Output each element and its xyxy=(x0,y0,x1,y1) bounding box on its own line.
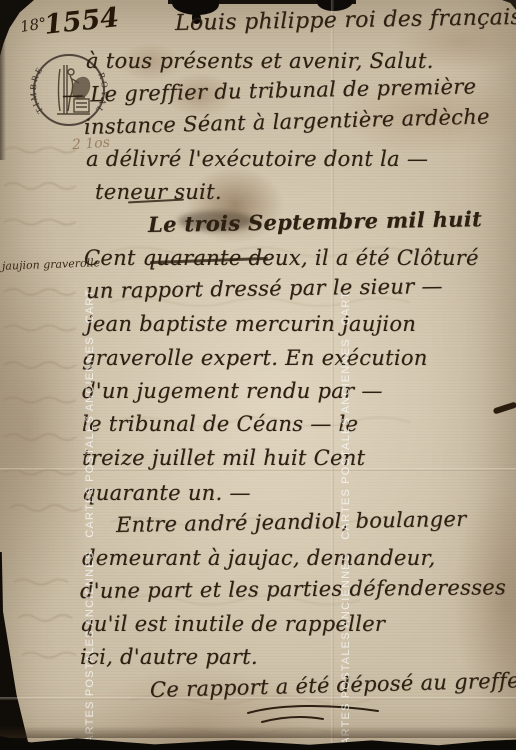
manuscript-line: le tribunal de Céans — le xyxy=(82,414,358,435)
margin-annotation: jaujion graverolle xyxy=(2,256,101,272)
manuscript-line: graverolle expert. En exécution xyxy=(82,348,428,369)
watermark-text: CARTES POSTALES ANCIENNES xyxy=(340,338,352,539)
watermark-text: CARTES POSTALES ANCIENNES xyxy=(340,292,352,325)
manuscript-line: — Le greffier du tribunal de première xyxy=(62,76,477,106)
manuscript-line: un rapport dressé par le sieur — xyxy=(86,276,443,302)
paper-bottom-shadow xyxy=(0,726,516,738)
dark-corner-bottom-left xyxy=(0,552,30,750)
manuscript-line: treize juillet mil huit Cent xyxy=(82,448,365,469)
dark-left-edge xyxy=(0,40,6,160)
watermark-text: CARTES POSTALES ANCIENNES xyxy=(84,290,96,323)
manuscript-line: Le trois Septembre mil huit xyxy=(148,208,482,235)
manuscript-line: Entre andré jeandiol, boulanger xyxy=(116,509,467,536)
manuscript-line: Louis philippe roi des français, xyxy=(175,7,516,35)
manuscript-line: d'un jugement rendu par — xyxy=(82,381,383,402)
svg-text:TIMBRE: TIMBRE xyxy=(30,64,45,116)
manuscript-line: quarante un. — xyxy=(82,483,251,504)
watermark-text: CARTES POSTALES ANCIENNES xyxy=(84,551,96,750)
manuscript-line: jean baptiste mercurin jaujion xyxy=(86,314,416,335)
manuscript-line: a délivré l'exécutoire dont la — xyxy=(86,149,428,170)
manuscript-line: Cent quarante deux, il a été Clôturé xyxy=(84,248,479,269)
watermark-text: CARTES POSTALES ANCIENNES xyxy=(340,553,352,750)
ink-edge-dash xyxy=(493,401,516,414)
manuscript-page: 18° 1554 2 1os TIMBRE ROYAL Louis philip… xyxy=(0,0,516,750)
watermark-right-column: CARTES POSTALES ANCIENNESCARTES POSTALES… xyxy=(340,292,354,750)
manuscript-line: ici, d'autre part. xyxy=(80,647,258,668)
stamp-text-timbre: TIMBRE xyxy=(30,64,45,116)
manuscript-line: instance Séant à largentière ardèche xyxy=(84,106,490,138)
manuscript-line: à tous présents et avenir, Salut. xyxy=(86,51,434,72)
watermark-left-column: CARTES POSTALES ANCIENNESCARTES POSTALES… xyxy=(84,290,98,750)
manuscript-line: demeurant à jaujac, demandeur, xyxy=(82,548,435,569)
watermark-text: CARTES POSTALES ANCIENNES xyxy=(84,336,96,537)
manuscript-line: d'une part et les parties défenderesses xyxy=(80,577,506,602)
registry-number: 1554 xyxy=(43,2,121,41)
